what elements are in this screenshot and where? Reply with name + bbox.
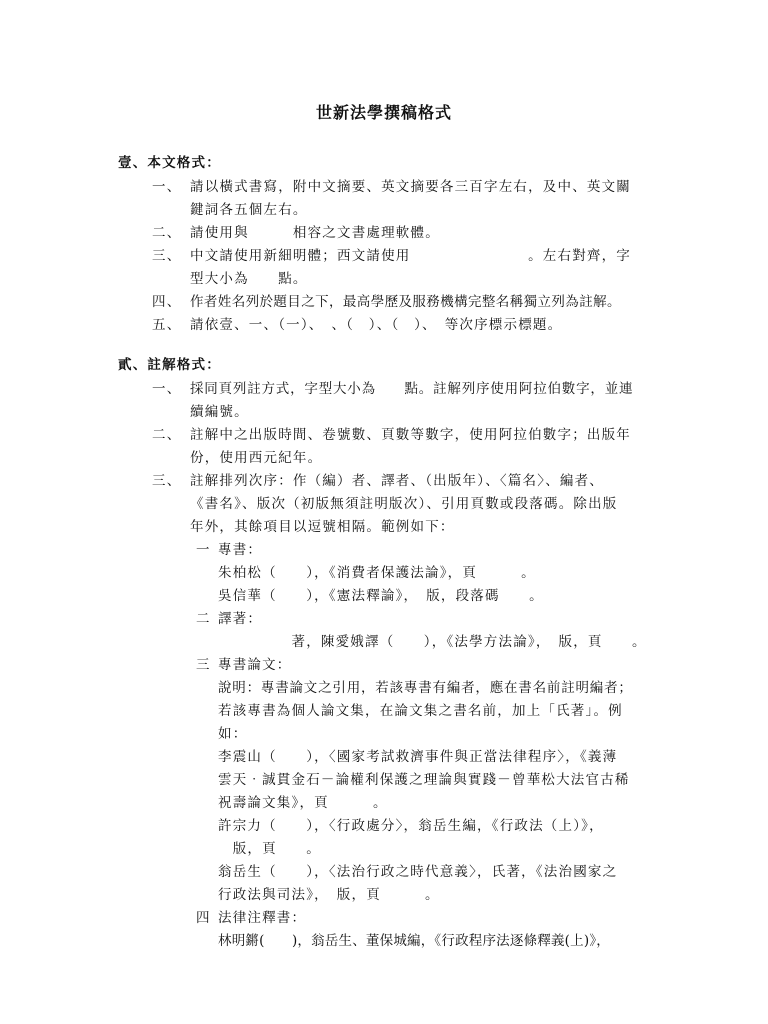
section1-item-5-line-1: 請依壹、一、（一）、 、（ ）、（ ）、 等次序標示標題。	[190, 316, 562, 334]
example-3-line-1: 說明：專書論文之引用，若該專書有編者，應在書名前註明編者；	[218, 679, 633, 697]
example-3-label: 專書論文：	[218, 656, 292, 674]
document-title: 世新法學撰稿格式	[0, 100, 768, 123]
section-number: 貳、	[118, 357, 147, 373]
section2-item-2-line-2: 份，使用西元紀年。	[190, 449, 322, 467]
section1-item-4-num: 四、	[152, 293, 181, 311]
example-3-line-3: 如：	[218, 725, 247, 743]
example-3-line-2: 若該專書為個人論文集，在論文集之書名前，加上「氏著」。例	[218, 702, 623, 720]
example-1-line-2: 吳信華（ ），《憲法釋論》， 版，段落碼 。	[218, 587, 544, 605]
example-3-line-8: 版，頁 。	[218, 840, 321, 858]
section1-item-3-line-1: 中文請使用新細明體；西文請使用 。左右對齊，字	[190, 247, 631, 265]
example-1-label: 專書：	[218, 541, 262, 559]
section2-item-2-num: 二、	[152, 426, 181, 444]
example-4-num: 四	[196, 909, 211, 927]
section2-item-3-line-3: 年外，其餘項目以逗號相隔。範例如下：	[190, 518, 455, 536]
example-3-line-5: 雲天‧誠貫金石－論權利保護之理論與實踐－曾華松大法官古稀	[218, 771, 630, 789]
section2-item-1-line-2: 續編號。	[190, 403, 249, 421]
section2-item-2-line-1: 註解中之出版時間、卷號數、頁數等數字，使用阿拉伯數字；出版年	[190, 426, 631, 444]
section-title: 本文格式：	[147, 155, 221, 171]
document-page: 世新法學撰稿格式 壹、本文格式： 一、 請以橫式書寫，附中文摘要、英文摘要各三百…	[0, 0, 768, 1024]
section1-item-1-line-2: 鍵詞各五個左右。	[190, 201, 308, 219]
example-3-line-9: 翁岳生（ ），〈法治行政之時代意義〉，氏著，《法治國家之	[218, 863, 617, 881]
example-1-line-1: 朱柏松（ ），《消費者保護法論》，頁 。	[218, 564, 536, 582]
section-heading-2: 貳、註解格式：	[118, 356, 221, 374]
section1-item-3-line-2: 型大小為 點。	[190, 270, 308, 288]
example-3-line-6: 祝壽論文集》，頁 。	[218, 794, 388, 812]
section-title: 註解格式：	[147, 357, 221, 373]
section1-item-1-line-1: 請以橫式書寫，附中文摘要、英文摘要各三百字左右，及中、英文關	[190, 178, 631, 196]
section1-item-2-line-1: 請使用與 相容之文書處理軟體。	[190, 224, 440, 242]
example-3-line-4: 李震山（ ），〈國家考試救濟事件與正當法律程序〉，《義薄	[218, 748, 617, 766]
section2-item-3-num: 三、	[152, 472, 181, 490]
section2-item-3-line-1: 註解排列次序：作（編）者、譯者、（出版年）、〈篇名〉、編者、	[190, 472, 604, 490]
section-number: 壹、	[118, 155, 147, 171]
example-2-label: 譯著：	[218, 610, 262, 628]
example-3-num: 三	[196, 656, 211, 674]
example-4-label: 法律注釋書：	[218, 909, 306, 927]
example-1-num: 一	[196, 541, 211, 559]
section1-item-5-num: 五、	[152, 316, 181, 334]
section1-item-3-num: 三、	[152, 247, 181, 265]
example-3-line-10: 行政法與司法》， 版，頁 。	[218, 886, 440, 904]
section2-item-1-line-1: 採同頁列註方式，字型大小為 點。註解列序使用阿拉伯數字，並連	[190, 380, 633, 398]
example-3-line-7: 許宗力（ ），〈行政處分〉，翁岳生編，《行政法（上）》，	[218, 817, 604, 835]
section1-item-2-num: 二、	[152, 224, 181, 242]
section2-item-3-line-2: 《書名》、版次（初版無須註明版次）、引用頁數或段落碼。除出版	[190, 495, 618, 513]
section-heading-1: 壹、本文格式：	[118, 154, 221, 172]
example-4-line-1: 林明鏘( )，翁岳生、董保城編，《行政程序法逐條釋義(上)》，	[218, 932, 610, 950]
section2-item-1-num: 一、	[152, 380, 181, 398]
example-2-line-1: 著，陳愛娥譯（ ），《法學方法論》， 版，頁 。	[218, 633, 647, 651]
section1-item-1-num: 一、	[152, 178, 181, 196]
example-2-num: 二	[196, 610, 211, 628]
section1-item-4-line-1: 作者姓名列於題目之下，最高學歷及服務機構完整名稱獨立列為註解。	[190, 293, 621, 311]
